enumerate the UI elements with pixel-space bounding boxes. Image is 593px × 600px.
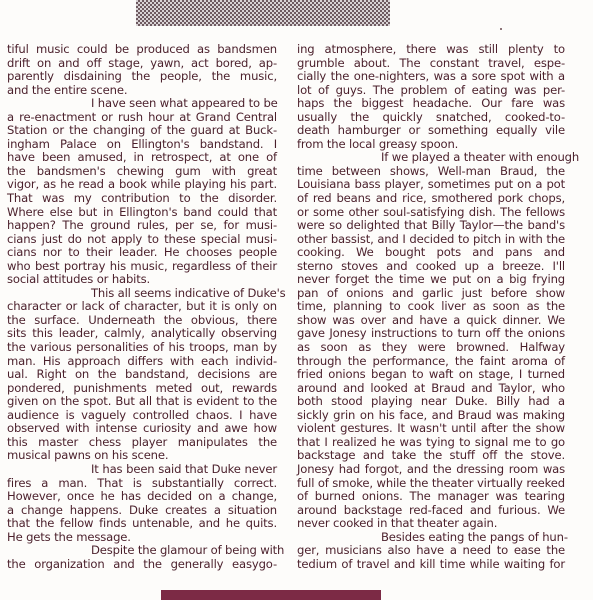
text-line: never forget the time we put on a big fr… xyxy=(297,273,565,287)
text-line: the bandsmen's chewing gum with great xyxy=(7,165,277,179)
text-line: cooking. We bought pots and pans and xyxy=(297,246,565,260)
text-line: of burned onions. The manager was tearin… xyxy=(297,490,565,504)
text-line: musical pawns on his scene. xyxy=(7,449,277,463)
text-line: backstage and take the stuff off the sto… xyxy=(297,449,565,463)
text-line: Where else but in Ellington's band could… xyxy=(7,206,277,220)
text-line: fried onions began to waft on stage, I t… xyxy=(297,368,565,382)
text-line: ing atmosphere, there was still plenty t… xyxy=(297,43,565,57)
text-line: this master chess player manipulates the xyxy=(7,436,277,450)
text-line: gave Jonesy instructions to turn off the… xyxy=(297,327,565,341)
text-line: sickly grin on his face, and Braud was m… xyxy=(297,409,565,423)
text-line: happen? The ground rules, per se, for mu… xyxy=(7,219,277,233)
text-line: the organization and the generally easyg… xyxy=(7,558,277,572)
paragraph-start-line: If we played a theater with enough xyxy=(297,151,565,165)
text-line: parently disdaining the people, the musi… xyxy=(7,70,277,84)
text-line: pan of onions and garlic just before sho… xyxy=(297,287,565,301)
text-line: as soon as they were browned. Halfway xyxy=(297,341,565,355)
bottom-accent-bar xyxy=(161,590,381,600)
text-line: Station or the changing of the guard at … xyxy=(7,124,277,138)
text-line: character or lack of character, but it i… xyxy=(7,300,277,314)
text-line: vigor, as he read a book while playing h… xyxy=(7,178,277,192)
text-line: man. His approach differs with each indi… xyxy=(7,355,277,369)
text-line: sterno stoves and cooked up a breeze. I'… xyxy=(297,260,565,274)
paragraph-start-line: It has been said that Duke never xyxy=(7,463,277,477)
text-line: sits this leader, calmly, analytically o… xyxy=(7,327,277,341)
text-line: ual. Right on the bandstand, decisions a… xyxy=(7,368,277,382)
left-text-column: tiful music could be produced as bandsme… xyxy=(7,43,277,571)
text-line: However, once he has decided on a change… xyxy=(7,490,277,504)
text-line: full of smoke, while the theater virtual… xyxy=(297,477,565,491)
paragraph-start-line: This all seems indicative of Duke's xyxy=(7,287,277,301)
paragraph-start-line: I have seen what appeared to be xyxy=(7,97,277,111)
text-line: usually the quickly snatched, cooked-to- xyxy=(297,111,565,125)
text-line: and the entire scene. xyxy=(7,84,277,98)
text-line: the various personalities of his troops,… xyxy=(7,341,277,355)
text-line: cians just do not apply to these special… xyxy=(7,233,277,247)
text-line: He gets the message. xyxy=(7,531,277,545)
text-line: a re-enactment or rush hour at Grand Cen… xyxy=(7,111,277,125)
text-line: death hamburger or something equally vil… xyxy=(297,124,565,138)
text-line: have been amused, in retrospect, at one … xyxy=(7,151,277,165)
text-line: lot of guys. The problem of eating was p… xyxy=(297,84,565,98)
text-line: or some other soul-satisfying dish. The … xyxy=(297,206,565,220)
text-line: grumble about. The constant travel, espe… xyxy=(297,57,565,71)
text-line: haps the biggest headache. Our fare was xyxy=(297,97,565,111)
text-line: the surface. Underneath the obvious, the… xyxy=(7,314,277,328)
text-line: time between shows, Well-man Braud, the xyxy=(297,165,565,179)
text-line: around and looked at Braud and Taylor, w… xyxy=(297,382,565,396)
top-halftone-banner xyxy=(136,0,390,26)
text-line: Jonesy had forgot, and the dressing room… xyxy=(297,463,565,477)
text-line: show was over and have a quick dinner. W… xyxy=(297,314,565,328)
text-line: fires a man. That is substantially corre… xyxy=(7,477,277,491)
text-line: given on the spot. But all that is evide… xyxy=(7,395,277,409)
text-line: observed with intense curiosity and awe … xyxy=(7,422,277,436)
text-line: audience is vaguely controlled chaos. I … xyxy=(7,409,277,423)
text-line: were so delighted that Billy Taylor—the … xyxy=(297,219,565,233)
text-line: never cooked in that theater again. xyxy=(297,517,565,531)
text-line: through the performance, the faint aroma… xyxy=(297,355,565,369)
text-line: around backstage red-faced and furious. … xyxy=(297,504,565,518)
text-line: other bassist, and I decided to pitch in… xyxy=(297,233,565,247)
text-line: from the local greasy spoon. xyxy=(297,138,565,152)
text-line: tiful music could be produced as bandsme… xyxy=(7,43,277,57)
paragraph-start-line: Besides eating the pangs of hun- xyxy=(297,531,565,545)
text-line: that I realized he was tying to signal m… xyxy=(297,436,565,450)
speck xyxy=(500,28,502,30)
text-line: of red beans and rice, smothered pork ch… xyxy=(297,192,565,206)
text-line: Louisiana bass player, sometimes put on … xyxy=(297,178,565,192)
text-line: ger, musicians also have a need to ease … xyxy=(297,544,565,558)
text-line: who best portray his music, regardless o… xyxy=(7,260,277,274)
text-line: both stood playing near Duke. Billy had … xyxy=(297,395,565,409)
text-line: cians nor to their leader. He chooses pe… xyxy=(7,246,277,260)
text-line: pondered, punishments meted out, rewards xyxy=(7,382,277,396)
text-line: that the fellow finds untenable, and he … xyxy=(7,517,277,531)
text-line: social attitudes or habits. xyxy=(7,273,277,287)
text-line: a change happens. Duke creates a situati… xyxy=(7,504,277,518)
text-line: ingham Palace on Ellington's bandstand. … xyxy=(7,138,277,152)
right-text-column: ing atmosphere, there was still plenty t… xyxy=(297,43,565,571)
text-line: drift on and off stage, yawn, act bored,… xyxy=(7,57,277,71)
text-line: That was my contribution to the disorder… xyxy=(7,192,277,206)
text-line: time, planning to cook liver as soon as … xyxy=(297,300,565,314)
text-line: cially the one-nighters, was a sore spot… xyxy=(297,70,565,84)
paragraph-start-line: Despite the glamour of being with xyxy=(7,544,277,558)
text-line: tedium of travel and kill time while wai… xyxy=(297,558,565,572)
text-line: violent gestures. It wasn't until after … xyxy=(297,422,565,436)
